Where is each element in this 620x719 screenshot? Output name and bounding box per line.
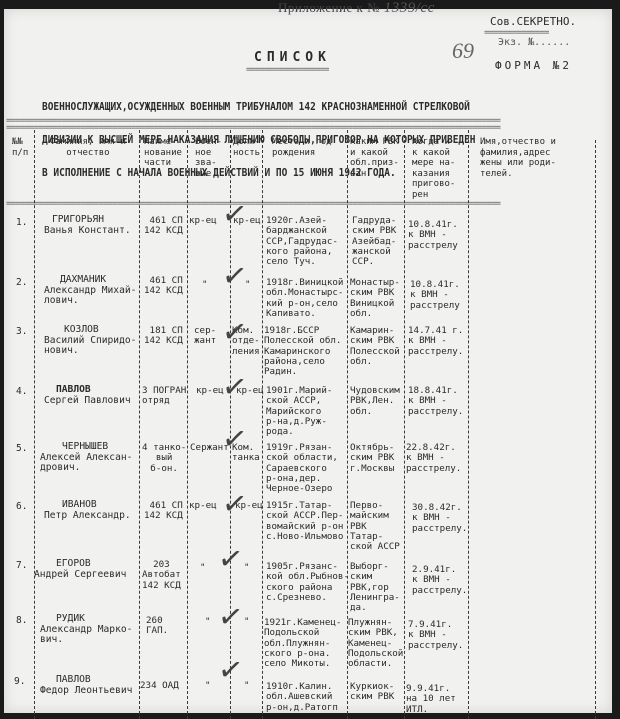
checkmark-icon: ✓ bbox=[216, 654, 245, 687]
column-divider bbox=[595, 140, 596, 719]
surname: ЧЕРНЫШЕВ bbox=[62, 442, 108, 452]
sentence: 9.9.41г. на 10 лет ИТЛ. bbox=[406, 684, 456, 715]
position: " bbox=[244, 563, 250, 573]
appendix-number: 1339/сс bbox=[384, 0, 435, 16]
unit: 181 СП 142 КСД bbox=[144, 326, 183, 347]
row-number: 5. bbox=[16, 444, 27, 454]
rank: кр-ец bbox=[189, 501, 217, 511]
header-unit: Наиме- нование части bbox=[144, 137, 182, 169]
surname: КОЗЛОВ bbox=[64, 325, 99, 335]
unit: 4 танко- вый б-он. bbox=[142, 443, 186, 474]
unit: 234 ОАД bbox=[140, 681, 179, 691]
sentence: 10.8.41г. к ВМН - расстрелу bbox=[410, 280, 460, 311]
table-top-rule-2: ========================================… bbox=[6, 124, 610, 133]
unit: 461 СП 142 КСД bbox=[144, 276, 183, 297]
given-names: Василий Спиридо- нович. bbox=[44, 336, 136, 357]
rvk: Камарин- ским РВК Полесской обл. bbox=[350, 326, 400, 367]
surname: ИВАНОВ bbox=[62, 500, 97, 510]
unit: 260 ГАП. bbox=[146, 616, 168, 637]
unit: 461 СП 142 КСД bbox=[144, 501, 183, 522]
given-names: Петр Александр. bbox=[44, 511, 131, 521]
surname: ПАВЛОВ bbox=[56, 675, 91, 685]
rvk: Выборг- ским РВК,гор Ленингра- да. bbox=[350, 562, 400, 613]
column-divider bbox=[262, 130, 263, 719]
rvk: Октябрь- ским РВК г.Москвы bbox=[350, 443, 394, 474]
column-divider bbox=[468, 130, 469, 719]
subtitle-line: ВОЕННОСЛУЖАЩИХ,ОСУЖДЕННЫХ ВОЕННЫМ ТРИБУН… bbox=[42, 102, 476, 113]
column-divider bbox=[139, 130, 140, 719]
rank: кр-ец bbox=[196, 386, 224, 396]
position: " bbox=[244, 617, 250, 627]
header-sentence: Когда и к какой мере на- казания пригово… bbox=[412, 137, 455, 200]
sentence: 22.8.42г. к ВМН - расстрелу. bbox=[406, 443, 461, 474]
surname: РУДИК bbox=[56, 614, 85, 624]
handwritten-page-number: 69 bbox=[452, 40, 474, 62]
row-number: 3. bbox=[16, 327, 27, 337]
row-number: 6. bbox=[16, 502, 27, 512]
sentence: 7.9.41г. к ВМН - расстрелу. bbox=[408, 620, 463, 651]
row-number: 7. bbox=[16, 561, 27, 571]
birth-place: 1920г.Азей- барджанской ССР,Гадрудас- ко… bbox=[266, 216, 338, 267]
unit: 203 Автобат 142 КСД bbox=[142, 560, 181, 591]
column-divider bbox=[187, 130, 188, 719]
row-number: 8. bbox=[16, 616, 27, 626]
rank: " bbox=[205, 681, 211, 691]
sentence: 2.9.41г. к ВМН - расстрелу. bbox=[412, 565, 467, 596]
document-subtitle: ВОЕННОСЛУЖАЩИХ,ОСУЖДЕННЫХ ВОЕННЫМ ТРИБУН… bbox=[42, 80, 476, 190]
row-number: 4. bbox=[16, 387, 27, 397]
rank: " bbox=[202, 280, 208, 290]
column-divider bbox=[404, 130, 405, 719]
row-number: 9. bbox=[14, 677, 25, 687]
column-divider bbox=[34, 130, 35, 719]
checkmark-icon: ✓ bbox=[220, 488, 249, 521]
surname: ПАВЛОВ bbox=[56, 385, 91, 395]
unit: 3 ПОГРАН отряд bbox=[142, 386, 186, 407]
checkmark-icon: ✓ bbox=[216, 543, 245, 576]
birth-place: 1910г.Калин. обл.Ашевский р-он,д.Ратогп bbox=[266, 682, 338, 713]
row-number: 1. bbox=[16, 218, 27, 228]
sentence: 10.8.41г. к ВМН - расстрелу bbox=[408, 220, 458, 251]
birth-place: 1905г.Рязанс- кой обл.Рыбнов- ского райо… bbox=[266, 562, 349, 603]
secrecy-stamp: Сов.СЕКРЕТНО. bbox=[490, 16, 576, 27]
birth-place: 1919г.Рязан- ской области, Сараевского р… bbox=[266, 443, 338, 494]
header-rvk: Каким РВК и какой обл.приз- ван bbox=[350, 137, 399, 179]
sentence: 18.8.41г. к ВМН - расстрелу. bbox=[408, 386, 463, 417]
given-names: Александр Марко- вич. bbox=[40, 625, 132, 646]
header-birth: Место и год рождения bbox=[272, 137, 332, 158]
header-position: Долж- ность bbox=[233, 137, 260, 158]
unit: 461 СП 142 КСД bbox=[144, 216, 183, 237]
given-names: Ванья Констант. bbox=[44, 226, 131, 236]
form-label: ФОРМА №2 bbox=[495, 60, 572, 71]
checkmark-icon: ✓ bbox=[220, 260, 249, 293]
rank: " bbox=[205, 617, 211, 627]
rvk: Перво- майским РВК Татар- ской АССР bbox=[350, 501, 400, 552]
given-names: Андрей Сергеевич bbox=[34, 570, 126, 580]
rvk: Плужнян- ским РВК, Каменец- Подольской о… bbox=[348, 618, 403, 669]
header-name: Фамилия, имя и отчество bbox=[50, 137, 126, 158]
birth-place: 1915г.Татар- ской АССР.Пер- вомайский р-… bbox=[266, 501, 343, 542]
position: " bbox=[244, 681, 250, 691]
rank: кр-ец bbox=[189, 216, 217, 226]
checkmark-icon: ✓ bbox=[220, 198, 249, 231]
surname: ЕГОРОВ bbox=[56, 559, 91, 569]
title-underline: ================== bbox=[246, 66, 329, 75]
rvk: Гадруда- ским РВК Азейбад- жанской ССР. bbox=[352, 216, 396, 267]
header-num: №№ п/п bbox=[12, 137, 28, 158]
surname: ГРИГОРЬЯН bbox=[52, 215, 104, 225]
rvk: Куркиок- ским РВК bbox=[350, 682, 394, 703]
subtitle-line: В ИСПОЛНЕНИЕ С НАЧАЛА ВОЕННЫХ ДЕЙСТВИЙ И… bbox=[42, 168, 476, 179]
given-names: Сергей Павлович bbox=[44, 396, 131, 406]
rank: " bbox=[200, 563, 206, 573]
birth-place: 1918г.Виницкой обл.Монастырс- кий р-он,с… bbox=[266, 278, 343, 319]
rvk: Монастыр- ским РВК Виницкой обл. bbox=[350, 278, 400, 319]
given-names: Александр Михай- лович. bbox=[44, 286, 136, 307]
given-names: Федор Леонтьевич bbox=[40, 686, 132, 696]
checkmark-icon: ✓ bbox=[220, 316, 249, 349]
header-relatives: Имя,отчество и фамилия,адрес жены или ро… bbox=[480, 137, 556, 179]
rvk: Чудовским РВК,Лен. обл. bbox=[350, 386, 400, 417]
surname: ДАХМАНИК bbox=[60, 275, 106, 285]
document-title: СПИСОК bbox=[254, 51, 331, 64]
checkmark-icon: ✓ bbox=[216, 601, 245, 634]
rank: сер- жант bbox=[194, 326, 216, 347]
birth-place: 1918г.БССР Полесской обл. Камаринского р… bbox=[264, 326, 341, 377]
copy-number: Экз. №...... bbox=[498, 38, 570, 48]
row-number: 2. bbox=[16, 278, 27, 288]
sentence: 30.8.42г. к ВМН - расстрелу. bbox=[412, 503, 467, 534]
checkmark-icon: ✓ bbox=[220, 423, 249, 456]
given-names: Алексей Алексан- дрович. bbox=[40, 453, 132, 474]
header-bottom-rule: ========================================… bbox=[6, 200, 610, 209]
birth-place: 1901г.Марий- ской АССР, Марийского р-на,… bbox=[266, 386, 332, 437]
checkmark-icon: ✓ bbox=[220, 371, 249, 404]
birth-place: 1921г.Каменец- Подольской обл.Плужнян- с… bbox=[264, 618, 341, 669]
header-rank: Воен- ное зва- ние bbox=[195, 137, 222, 179]
appendix-label: Приложение к № 1339/сс bbox=[278, 1, 435, 16]
sentence: 14.7.41 г. к ВМН - расстрелу. bbox=[408, 326, 463, 357]
